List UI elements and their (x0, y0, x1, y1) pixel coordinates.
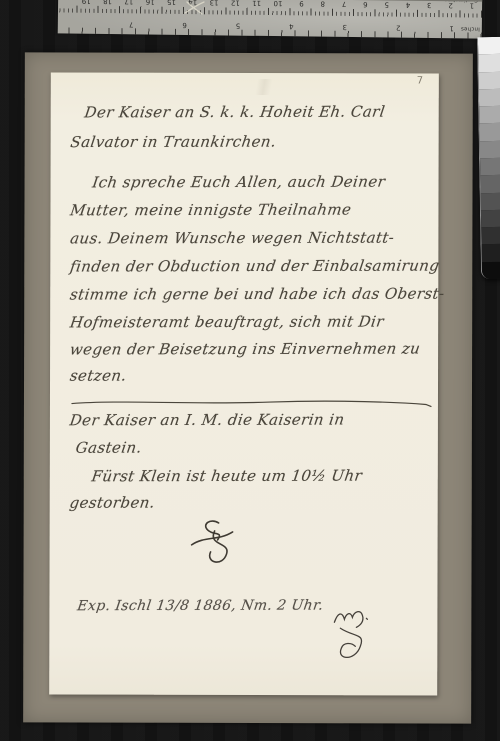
wedge-step (478, 71, 500, 89)
cm-number: 9 (299, 0, 304, 8)
page-number: 7 (417, 75, 423, 86)
handwritten-line: aus. Deinem Wunsche wegen Nichtstatt- (69, 229, 396, 248)
cm-number: 17 (124, 0, 133, 6)
inch-number: 2 (396, 23, 401, 32)
inches-label: Inches (461, 25, 480, 31)
cm-number: 7 (342, 0, 347, 9)
wedge-step (482, 261, 500, 279)
handwritten-line: Exp. Ischl 13/8 1886, Nm. 2 Uhr. (76, 598, 324, 615)
handwritten-separator-line (70, 397, 434, 410)
wedge-step (479, 123, 500, 141)
inch-number: 7 (129, 19, 134, 28)
cm-number: 11 (252, 0, 261, 8)
handwritten-line: Der Kaiser an I. M. die Kaiserin in (69, 411, 346, 430)
clerk-paraph-icon (319, 603, 381, 665)
handwritten-line: stimme ich gerne bei und habe ich das Ob… (69, 285, 446, 304)
wedge-step (480, 158, 500, 176)
cm-number: 16 (146, 0, 155, 7)
handwritten-line: Ich spreche Euch Allen, auch Deiner (91, 173, 386, 192)
handwritten-line: Hofmeisteramt beauftragt, sich mit Dir (69, 313, 385, 332)
handwritten-line: Mutter, meine innigste Theilnahme (69, 201, 353, 220)
wedge-step (481, 192, 500, 210)
cm-number: 19 (82, 0, 91, 6)
cm-number: 8 (320, 0, 325, 9)
wedge-step (479, 89, 500, 107)
wedge-step (479, 106, 500, 124)
grayscale-wedge (477, 37, 500, 279)
cm-number: 18 (103, 0, 112, 6)
handwritten-line: Der Kaiser an S. k. k. Hoheit Eh. Carl (83, 103, 386, 122)
kodak-color-ruler: 1234567 Inches 1234567891011121314151617… (58, 0, 483, 39)
inch-number: 3 (343, 22, 348, 31)
pencil-x-mark (183, 1, 205, 15)
wedge-step (478, 54, 500, 72)
handwritten-line: Fürst Klein ist heute um 10½ Uhr (90, 467, 363, 486)
cm-number: 15 (167, 0, 176, 7)
handwritten-line: gestorben. (68, 494, 156, 512)
cm-number: 12 (231, 0, 240, 8)
imperial-paraph-icon (185, 518, 243, 568)
wedge-step (478, 37, 500, 55)
wedge-step (481, 227, 500, 245)
paper-crease (219, 79, 309, 95)
cm-number: 13 (210, 0, 219, 7)
handwritten-line: setzen. (69, 367, 128, 385)
inch-number: 5 (236, 21, 241, 30)
inch-number: 6 (182, 20, 187, 29)
scanned-document-photo: 1234567 Inches 1234567891011121314151617… (0, 0, 500, 741)
letter-page: 7 Der Kaiser an S. k. k. Hoheit Eh. Carl (49, 72, 439, 695)
cm-number: 3 (427, 0, 432, 10)
wedge-step (482, 244, 500, 262)
ruler-scales: 1234567 Inches 1234567891011121314151617… (58, 0, 483, 39)
cm-number: 10 (273, 0, 282, 8)
handwritten-line: Gastein. (75, 439, 143, 457)
cm-number: 5 (384, 0, 389, 9)
cm-number: 6 (363, 0, 368, 9)
cm-number: 4 (406, 0, 411, 10)
handwritten-line: Salvator in Traunkirchen. (69, 133, 277, 152)
wedge-step (480, 140, 500, 158)
inch-number: 4 (289, 21, 294, 30)
handwritten-line: wegen der Beisetzung ins Einvernehmen zu (69, 340, 422, 359)
photo-mat: 7 Der Kaiser an S. k. k. Hoheit Eh. Carl (23, 52, 473, 723)
handwritten-line: finden der Obduction und der Einbalsamir… (69, 257, 441, 276)
inch-number: 1 (449, 23, 454, 32)
wedge-step (480, 175, 500, 193)
wedge-step (481, 210, 500, 228)
